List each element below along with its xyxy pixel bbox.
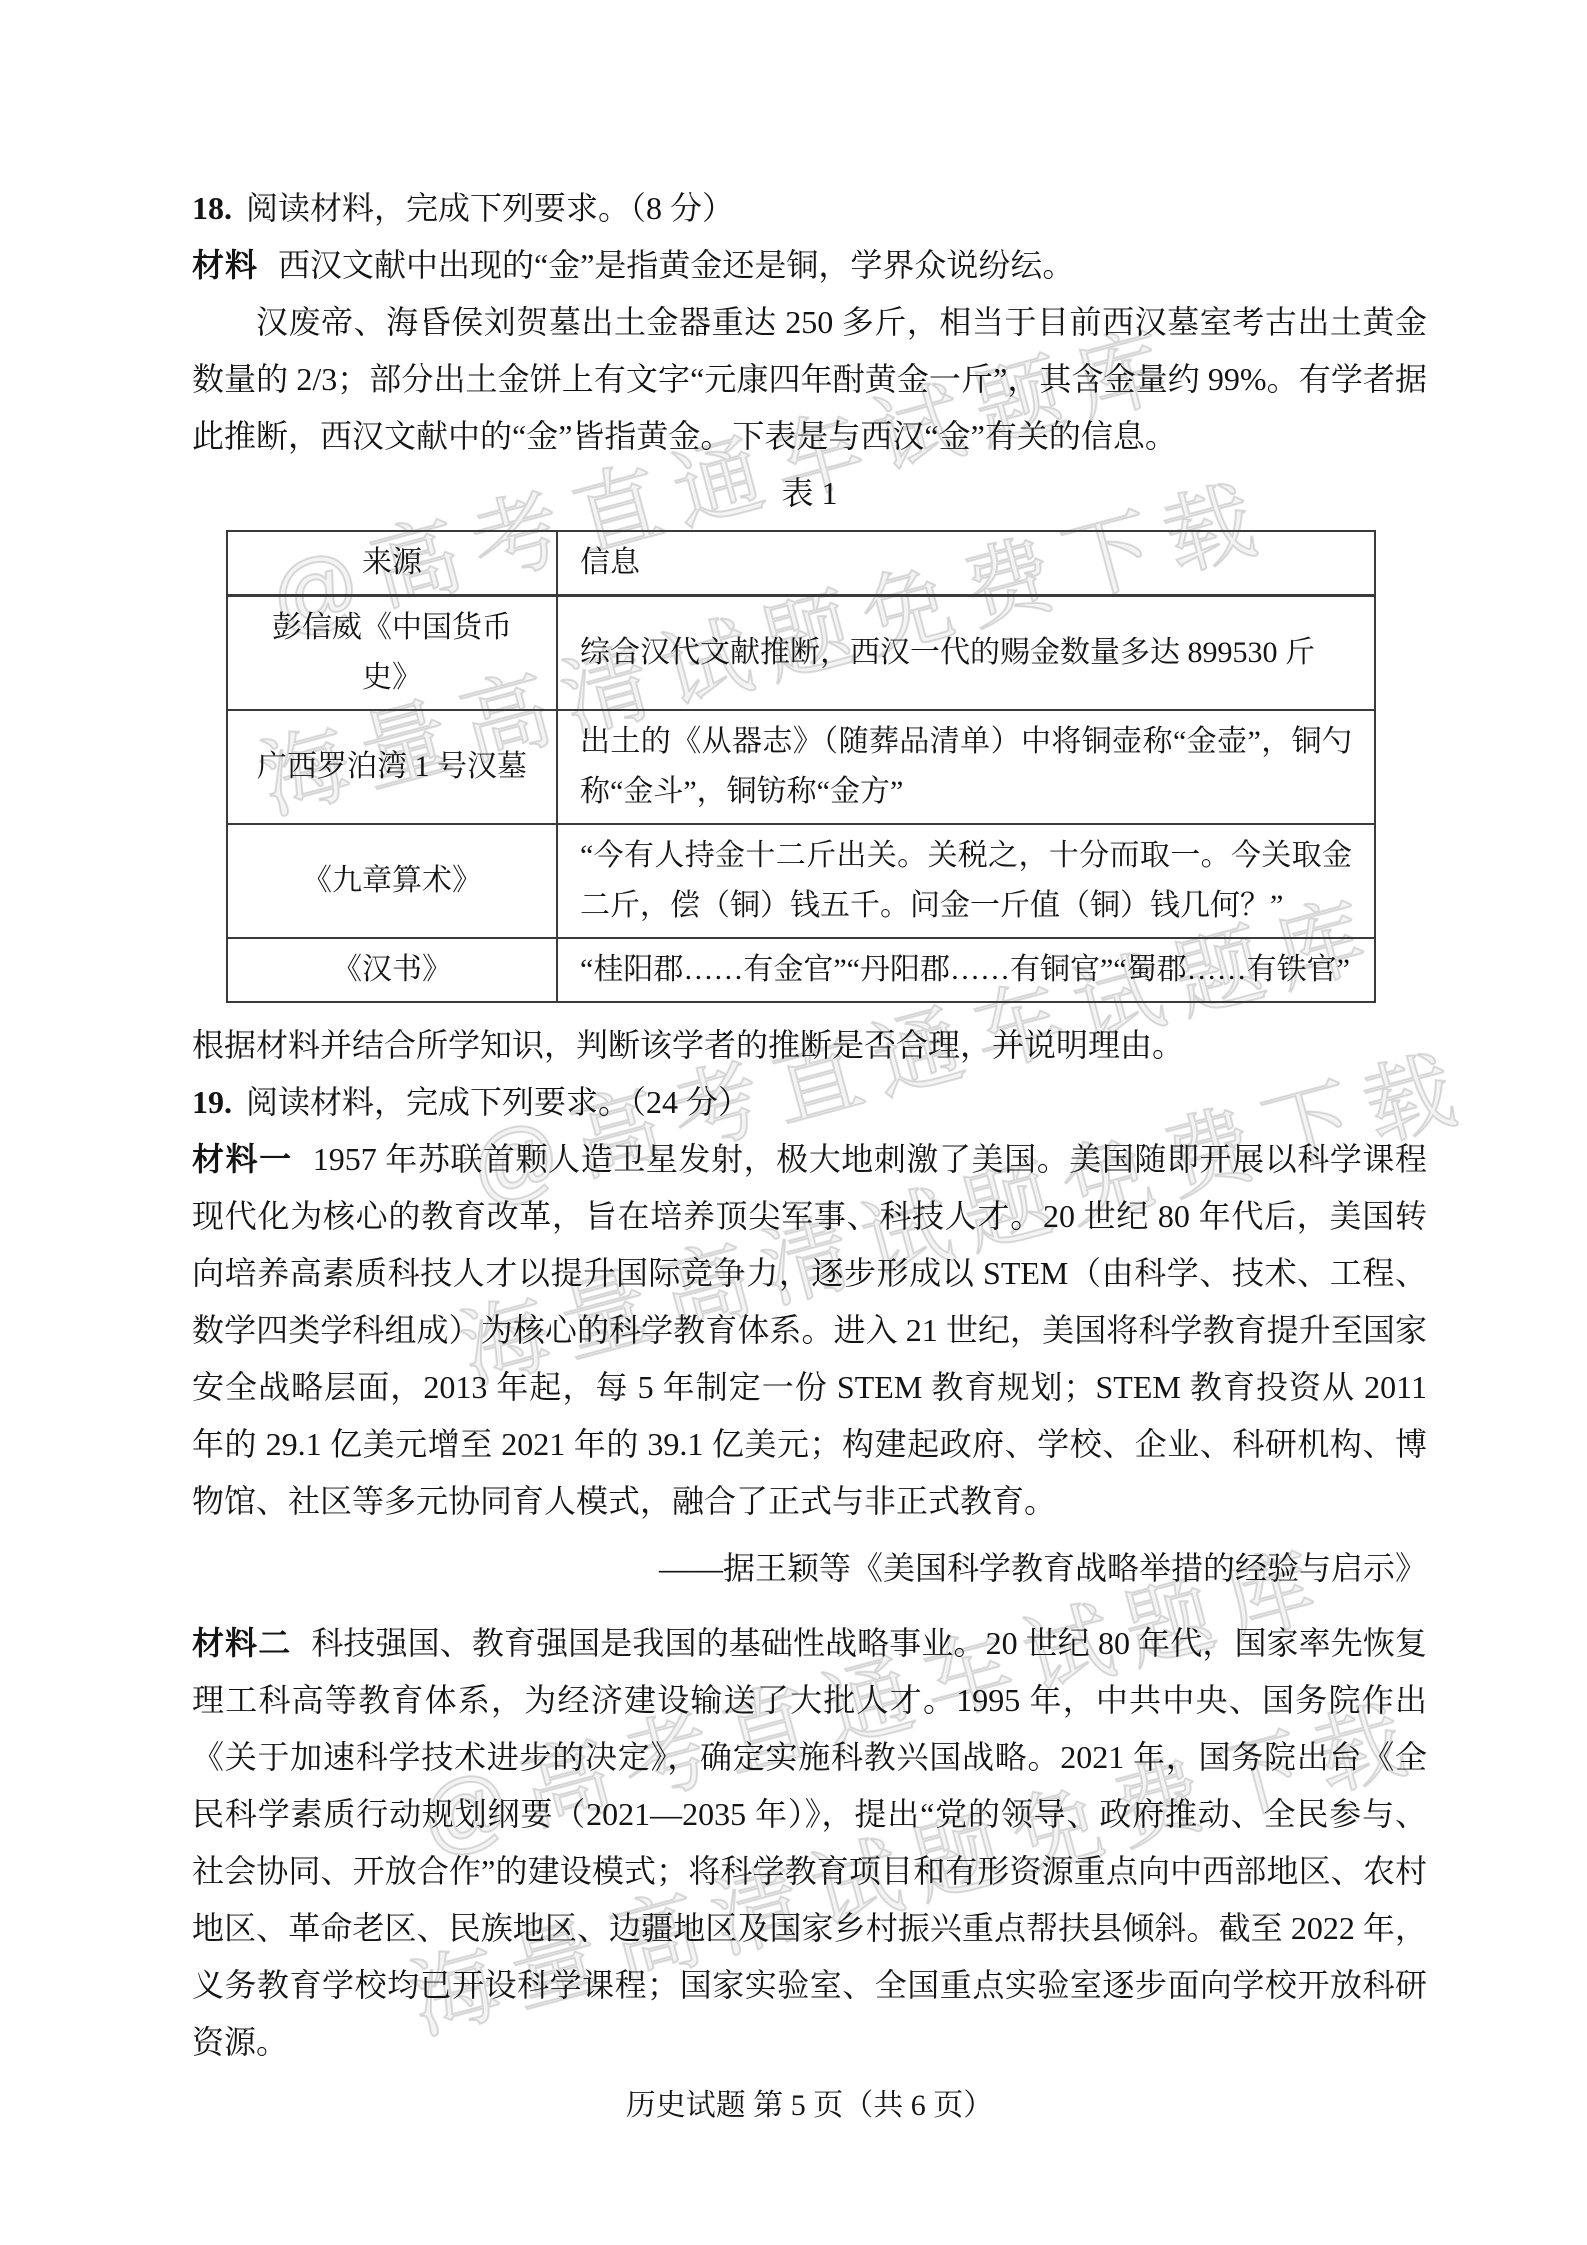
table-row: 广西罗泊湾 1 号汉墓 出土的《从器志》（随葬品清单）中将铜壶称“金壶”，铜勺称… (227, 710, 1375, 824)
table-row: 彭信威《中国货币史》 综合汉代文献推断，西汉一代的赐金数量多达 899530 斤 (227, 596, 1375, 711)
table-1-caption: 表 1 (192, 465, 1427, 522)
q18-material-label: 材料 (192, 247, 258, 283)
question-19-prompt: 阅读材料，完成下列要求。（24 分） (246, 1084, 750, 1120)
q18-material-intro: 材料西汉文献中出现的“金”是指黄金还是铜，学界众说纷纭。 (192, 237, 1427, 294)
info-cell: 综合汉代文献推断，西汉一代的赐金数量多达 899530 斤 (557, 596, 1375, 711)
table-1: 来源 信息 彭信威《中国货币史》 综合汉代文献推断，西汉一代的赐金数量多达 89… (226, 530, 1376, 1003)
source-cell: 《汉书》 (227, 938, 557, 1002)
q18-material-paragraph: 汉废帝、海昏侯刘贺墓出土金器重达 250 多斤，相当于目前西汉墓室考古出土黄金数… (192, 294, 1427, 465)
material1-label: 材料一 (192, 1141, 293, 1177)
question-18-number: 18. (192, 190, 232, 226)
question-18-prompt: 阅读材料，完成下列要求。（8 分） (246, 190, 734, 226)
source-cell: 广西罗泊湾 1 号汉墓 (227, 710, 557, 824)
table-header-info: 信息 (557, 531, 1375, 596)
table-row: 《九章算术》 “今有人持金十二斤出关。关税之，十分而取一。今关取金二斤，偿（铜）… (227, 824, 1375, 938)
material2-text: 科技强国、教育强国是我国的基础性战略事业。20 世纪 80 年代，国家率先恢复理… (192, 1625, 1427, 2060)
material2-label: 材料二 (192, 1625, 291, 1661)
table-row: 《汉书》 “桂阳郡……有金官”“丹阳郡……有铜官”“蜀郡……有铁官” (227, 938, 1375, 1002)
source-cell: 《九章算术》 (227, 824, 557, 938)
q19-material1-paragraph: 材料一1957 年苏联首颗人造卫星发射，极大地刺激了美国。美国随即开展以科学课程… (192, 1131, 1427, 1530)
page-content: 18.阅读材料，完成下列要求。（8 分） 材料西汉文献中出现的“金”是指黄金还是… (0, 0, 1587, 2134)
q19-material2-paragraph: 材料二科技强国、教育强国是我国的基础性战略事业。20 世纪 80 年代，国家率先… (192, 1615, 1427, 2071)
q18-material-intro-text: 西汉文献中出现的“金”是指黄金还是铜，学界众说纷纭。 (278, 247, 1074, 283)
table-header-source: 来源 (227, 531, 557, 596)
question-19-header: 19.阅读材料，完成下列要求。（24 分） (192, 1074, 1427, 1131)
info-cell: “桂阳郡……有金官”“丹阳郡……有铜官”“蜀郡……有铁官” (557, 938, 1375, 1002)
info-cell: “今有人持金十二斤出关。关税之，十分而取一。今关取金二斤，偿（铜）钱五千。问金一… (557, 824, 1375, 938)
q18-question: 根据材料并结合所学知识，判断该学者的推断是否合理，并说明理由。 (192, 1017, 1427, 1074)
material1-text: 1957 年苏联首颗人造卫星发射，极大地刺激了美国。美国随即开展以科学课程现代化… (192, 1141, 1427, 1519)
source-cell: 彭信威《中国货币史》 (227, 596, 557, 711)
question-18-header: 18.阅读材料，完成下列要求。（8 分） (192, 180, 1427, 237)
material1-source: ——据王颖等《美国科学教育战略举措的经验与启示》 (192, 1540, 1427, 1597)
info-cell: 出土的《从器志》（随葬品清单）中将铜壶称“金壶”，铜勺称“金斗”，铜钫称“金方” (557, 710, 1375, 824)
exam-page: @高考直通车试题库 海量高清试题免费下载 @高考直通车试题库 海量高清试题免费下… (0, 0, 1587, 2245)
question-19-number: 19. (192, 1084, 232, 1120)
page-footer: 历史试题 第 5 页（共 6 页） (192, 2077, 1427, 2134)
table-header-row: 来源 信息 (227, 531, 1375, 596)
